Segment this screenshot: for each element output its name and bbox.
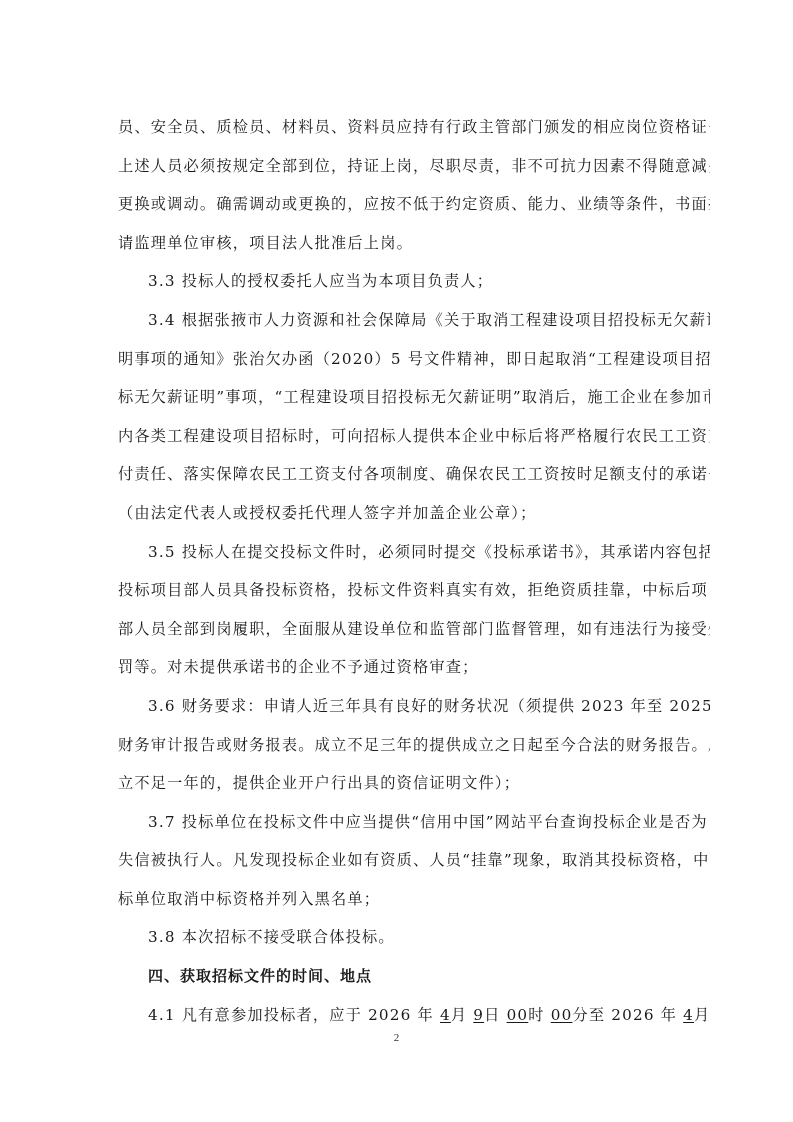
- text-segment: 分至 2026 年: [572, 1006, 683, 1024]
- text-line: 3.4 根据张掖市人力资源和社会保障局《关于取消工程建设项目招投标无欠薪证: [118, 301, 710, 340]
- text-line: 明事项的通知》张治欠办函（2020）5 号文件精神，即日起取消“工程建设项目招投: [118, 340, 710, 379]
- page-number: 2: [0, 1032, 793, 1044]
- start-month-value: 4: [440, 1006, 451, 1024]
- text-line: 3.6 财务要求：申请人近三年具有良好的财务状况（须提供 2023 年至 202…: [118, 687, 710, 726]
- text-line: 付责任、落实保障农民工工资支付各项制度、确保农民工工资按时足额支付的承诺书: [118, 455, 710, 494]
- end-month-value: 4: [683, 1006, 694, 1024]
- section-heading-4: 四、获取招标文件的时间、地点: [118, 957, 710, 996]
- text-segment: 月: [694, 1006, 710, 1024]
- text-line: 上述人员必须按规定全部到位，持证上岗，尽职尽责，非不可抗力因素不得随意减少、: [118, 147, 710, 186]
- text-line: 3.3 投标人的授权委托人应当为本项目负责人；: [118, 262, 710, 301]
- start-minute-value: 00: [551, 1006, 573, 1024]
- text-line: 罚等。对未提供承诺书的企业不予通过资格审查；: [118, 648, 710, 687]
- start-hour-value: 00: [507, 1006, 529, 1024]
- start-day-value: 9: [473, 1006, 484, 1024]
- paragraph-3-5: 3.5 投标人在提交投标文件时，必须同时提交《投标承诺书》，其承诺内容包括： 投…: [118, 533, 710, 687]
- paragraph-3-8: 3.8 本次招标不接受联合体投标。: [118, 918, 710, 957]
- document-page: 员、安全员、质检员、材料员、资料员应持有行政主管部门颁发的相应岗位资格证书； 上…: [118, 108, 710, 1034]
- text-line: 3.7 投标单位在投标文件中应当提供“信用中国”网站平台查询投标企业是否为: [118, 803, 710, 842]
- text-line: 员、安全员、质检员、材料员、资料员应持有行政主管部门颁发的相应岗位资格证书；: [118, 108, 710, 147]
- text-line: 投标项目部人员具备投标资格，投标文件资料真实有效，拒绝资质挂靠，中标后项目: [118, 571, 710, 610]
- text-segment: 日: [484, 1006, 506, 1024]
- text-line: （由法定代表人或授权委托代理人签字并加盖企业公章）；: [118, 494, 710, 533]
- paragraph-3-7: 3.7 投标单位在投标文件中应当提供“信用中国”网站平台查询投标企业是否为 失信…: [118, 803, 710, 919]
- text-line: 请监理单位审核，项目法人批准后上岗。: [118, 224, 710, 263]
- text-line: 财务审计报告或财务报表。成立不足三年的提供成立之日起至今合法的财务报告。成: [118, 726, 710, 765]
- text-line: 3.8 本次招标不接受联合体投标。: [118, 918, 710, 957]
- text-line: 更换或调动。确需调动或更换的，应按不低于约定资质、能力、业绩等条件，书面报: [118, 185, 710, 224]
- text-segment: 时: [528, 1006, 550, 1024]
- heading-text: 四、获取招标文件的时间、地点: [118, 957, 710, 996]
- text-line: 部人员全部到岗履职，全面服从建设单位和监管部门监督管理，如有违法行为接受处: [118, 610, 710, 649]
- paragraph-3-6: 3.6 财务要求：申请人近三年具有良好的财务状况（须提供 2023 年至 202…: [118, 687, 710, 803]
- text-segment: 月: [451, 1006, 473, 1024]
- paragraph-3-3: 3.3 投标人的授权委托人应当为本项目负责人；: [118, 262, 710, 301]
- text-line: 标无欠薪证明”事项，“工程建设项目招投标无欠薪证明”取消后，施工企业在参加市: [118, 378, 710, 417]
- text-line: 内各类工程建设项目招标时，可向招标人提供本企业中标后将严格履行农民工工资支: [118, 417, 710, 456]
- paragraph-personnel-requirements: 员、安全员、质检员、材料员、资料员应持有行政主管部门颁发的相应岗位资格证书； 上…: [118, 108, 710, 262]
- text-line: 3.5 投标人在提交投标文件时，必须同时提交《投标承诺书》，其承诺内容包括：: [118, 533, 710, 572]
- text-segment: 4.1 凡有意参加投标者，应于 2026 年: [148, 1006, 440, 1024]
- text-line: 失信被执行人。凡发现投标企业如有资质、人员“挂靠”现象，取消其投标资格，中: [118, 841, 710, 880]
- paragraph-4-1: 4.1 凡有意参加投标者，应于 2026 年 4月 9日 00时 00分至 20…: [118, 996, 710, 1035]
- text-line: 4.1 凡有意参加投标者，应于 2026 年 4月 9日 00时 00分至 20…: [118, 996, 710, 1035]
- text-line: 立不足一年的，提供企业开户行出具的资信证明文件）；: [118, 764, 710, 803]
- text-line: 标单位取消中标资格并列入黑名单；: [118, 880, 710, 919]
- paragraph-3-4: 3.4 根据张掖市人力资源和社会保障局《关于取消工程建设项目招投标无欠薪证 明事…: [118, 301, 710, 533]
